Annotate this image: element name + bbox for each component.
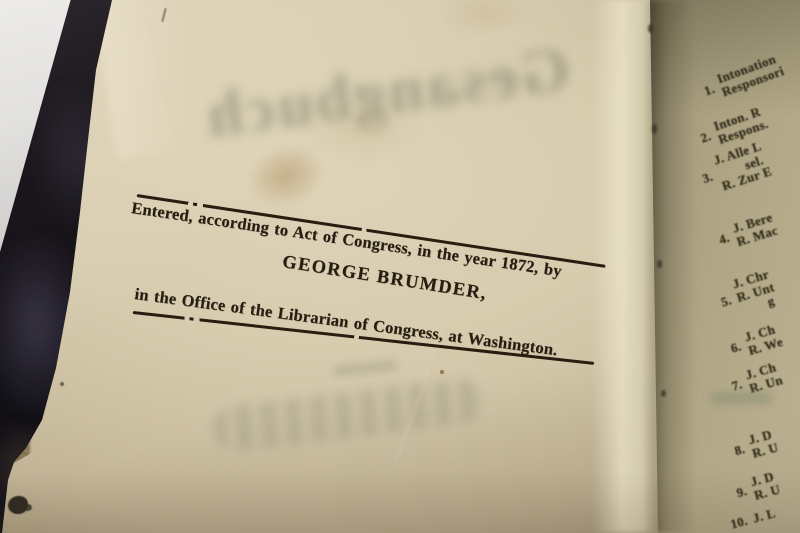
binding-stitch-dot [657,260,662,268]
index-item-9: 9. J. DR. U [733,469,781,506]
item-number: 3. [701,169,715,185]
item-number: 8. [733,442,747,458]
speck [440,370,444,374]
speck [60,382,64,386]
item-number: 4. [717,231,731,247]
item-number: 10. [729,514,749,531]
index-item-4: 4. J. BereR. Mac [715,210,779,253]
item-number: 2. [699,129,713,145]
ink-blot [24,504,32,511]
index-item-6: 6. J. ChR. We [727,321,784,361]
item-number: 6. [729,339,743,355]
item-number: 9. [735,484,749,500]
index-item-8: 8. J. DR. U [731,427,779,464]
index-item-1: 1. IntonationResponsori [700,51,786,104]
bleedthrough-smudge [332,359,399,378]
bleedthrough-smudge [710,392,772,404]
stain [300,92,420,162]
bleedthrough-smudge [210,376,486,455]
binding-stitch-dot [648,24,653,33]
binding-stitch-dot [661,390,666,397]
index-item-10: 10. J. L [729,506,777,531]
photo-canvas: 1. IntonationResponsori 2. Inton. RRespo… [0,0,800,533]
item-number: 5. [719,293,733,309]
item-line: J. L [751,506,777,525]
index-item-5: 5. J. ChrR. Untg [715,267,779,322]
copyright-line3: in the Office of the Librarian of Congre… [133,284,558,360]
item-number: 7. [730,377,744,393]
item-number: 1. [702,82,716,98]
binding-stitch-dot [652,124,657,134]
bleedthrough-title: Gesangbuch [145,0,628,188]
